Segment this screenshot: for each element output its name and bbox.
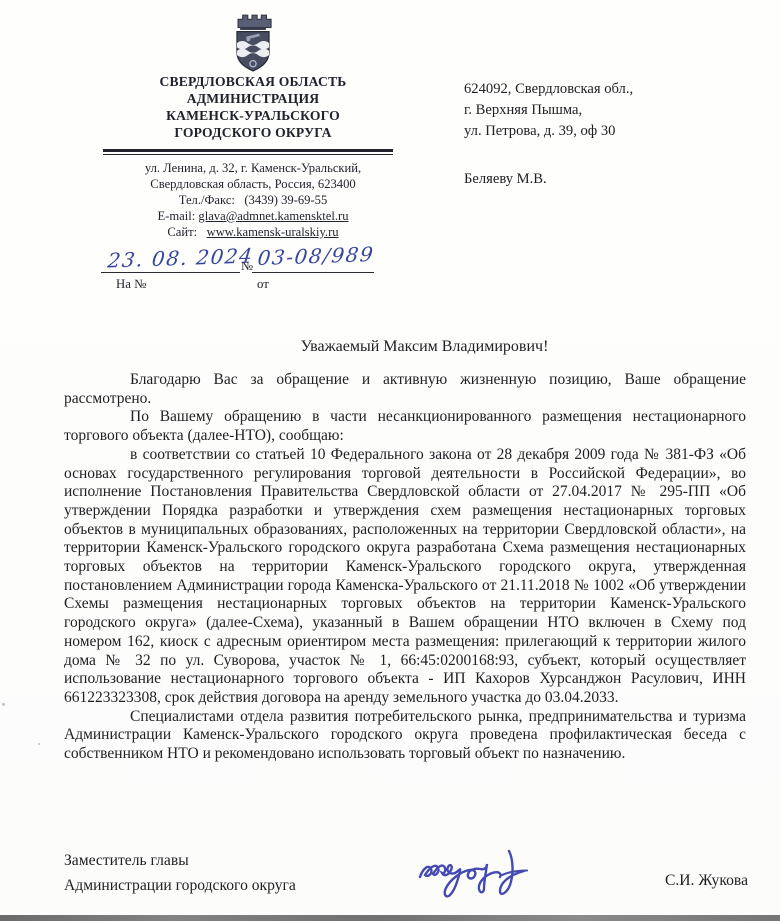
letterhead-phone: Тел./Факс: (3439) 39-69-55	[86, 193, 420, 209]
site-label: Сайт:	[167, 225, 197, 239]
signer-position-line: Администрации городского округа	[64, 874, 394, 899]
letter-body: Благодарю Вас за обращение и активную жи…	[64, 371, 746, 764]
phone-value: (3439) 39-69-55	[244, 193, 327, 207]
signer-name: С.И. Жукова	[610, 872, 748, 890]
org-name-line: СВЕРДЛОВСКАЯ ОБЛАСТЬ	[86, 73, 420, 90]
recipient-name: Беляеву М.В.	[464, 171, 547, 188]
scan-speck	[2, 703, 5, 706]
letterhead-address-block: ул. Ленина, д. 32, г. Каменск-Уральский,…	[86, 161, 420, 241]
body-paragraph: в соответствии со статьей 10 Федеральног…	[64, 446, 746, 708]
scan-edge-artifact	[0, 915, 780, 921]
salutation: Уважаемый Максим Владимирович!	[102, 338, 747, 356]
letterhead-divider	[103, 149, 393, 155]
recipient-postal: 624092, Свердловская обл.,	[464, 79, 754, 100]
handwritten-date: 23. 08. 2024	[106, 243, 254, 272]
org-name-line: АДМИНИСТРАЦИЯ	[86, 90, 420, 107]
body-paragraph: По Вашему обращению в части несанкционир…	[64, 408, 746, 445]
signer-position-line: Заместитель главы	[64, 849, 394, 874]
site-link[interactable]: www.kamensk-uralskiy.ru	[207, 225, 339, 239]
date-underline	[101, 272, 240, 273]
recipient-street: ул. Петрова, д. 39, оф 30	[464, 121, 754, 142]
scan-speck	[38, 743, 40, 745]
letterhead-street: ул. Ленина, д. 32, г. Каменск-Уральский,	[86, 161, 420, 177]
org-name-line: ГОРОДСКОГО ОКРУГА	[86, 124, 420, 141]
org-name-line: КАМЕНСК-УРАЛЬСКОГО	[86, 107, 420, 124]
org-name-block: СВЕРДЛОВСКАЯ ОБЛАСТЬ АДМИНИСТРАЦИЯ КАМЕН…	[86, 73, 420, 141]
body-paragraph: Специалистами отдела развития потребител…	[64, 708, 746, 764]
recipient-address-block: 624092, Свердловская обл., г. Верхняя Пы…	[464, 79, 754, 141]
letterhead-email: E-mail: glava@admnet.kamensktel.ru	[86, 209, 420, 225]
body-paragraph: Благодарю Вас за обращение и активную жи…	[64, 371, 746, 408]
letterhead-region: Свердловская область, Россия, 623400	[86, 177, 420, 193]
phone-label: Тел./Факс:	[179, 193, 235, 207]
email-link[interactable]: glava@admnet.kamensktel.ru	[198, 209, 348, 223]
signer-position-block: Заместитель главы Администрации городско…	[64, 849, 394, 898]
recipient-city: г. Верхняя Пышма,	[464, 100, 754, 121]
scanned-letter-page: СВЕРДЛОВСКАЯ ОБЛАСТЬ АДМИНИСТРАЦИЯ КАМЕН…	[0, 0, 780, 921]
number-underline	[252, 272, 374, 273]
letterhead-site: Сайт: www.kamensk-uralskiy.ru	[86, 225, 420, 241]
email-label: E-mail:	[157, 209, 195, 223]
from-label: от	[257, 277, 269, 292]
coat-of-arms-icon	[224, 12, 282, 74]
handwritten-outgoing-number: 03-08/989	[256, 242, 375, 270]
on-number-label: На №	[116, 277, 146, 292]
handwritten-signature	[412, 840, 552, 906]
